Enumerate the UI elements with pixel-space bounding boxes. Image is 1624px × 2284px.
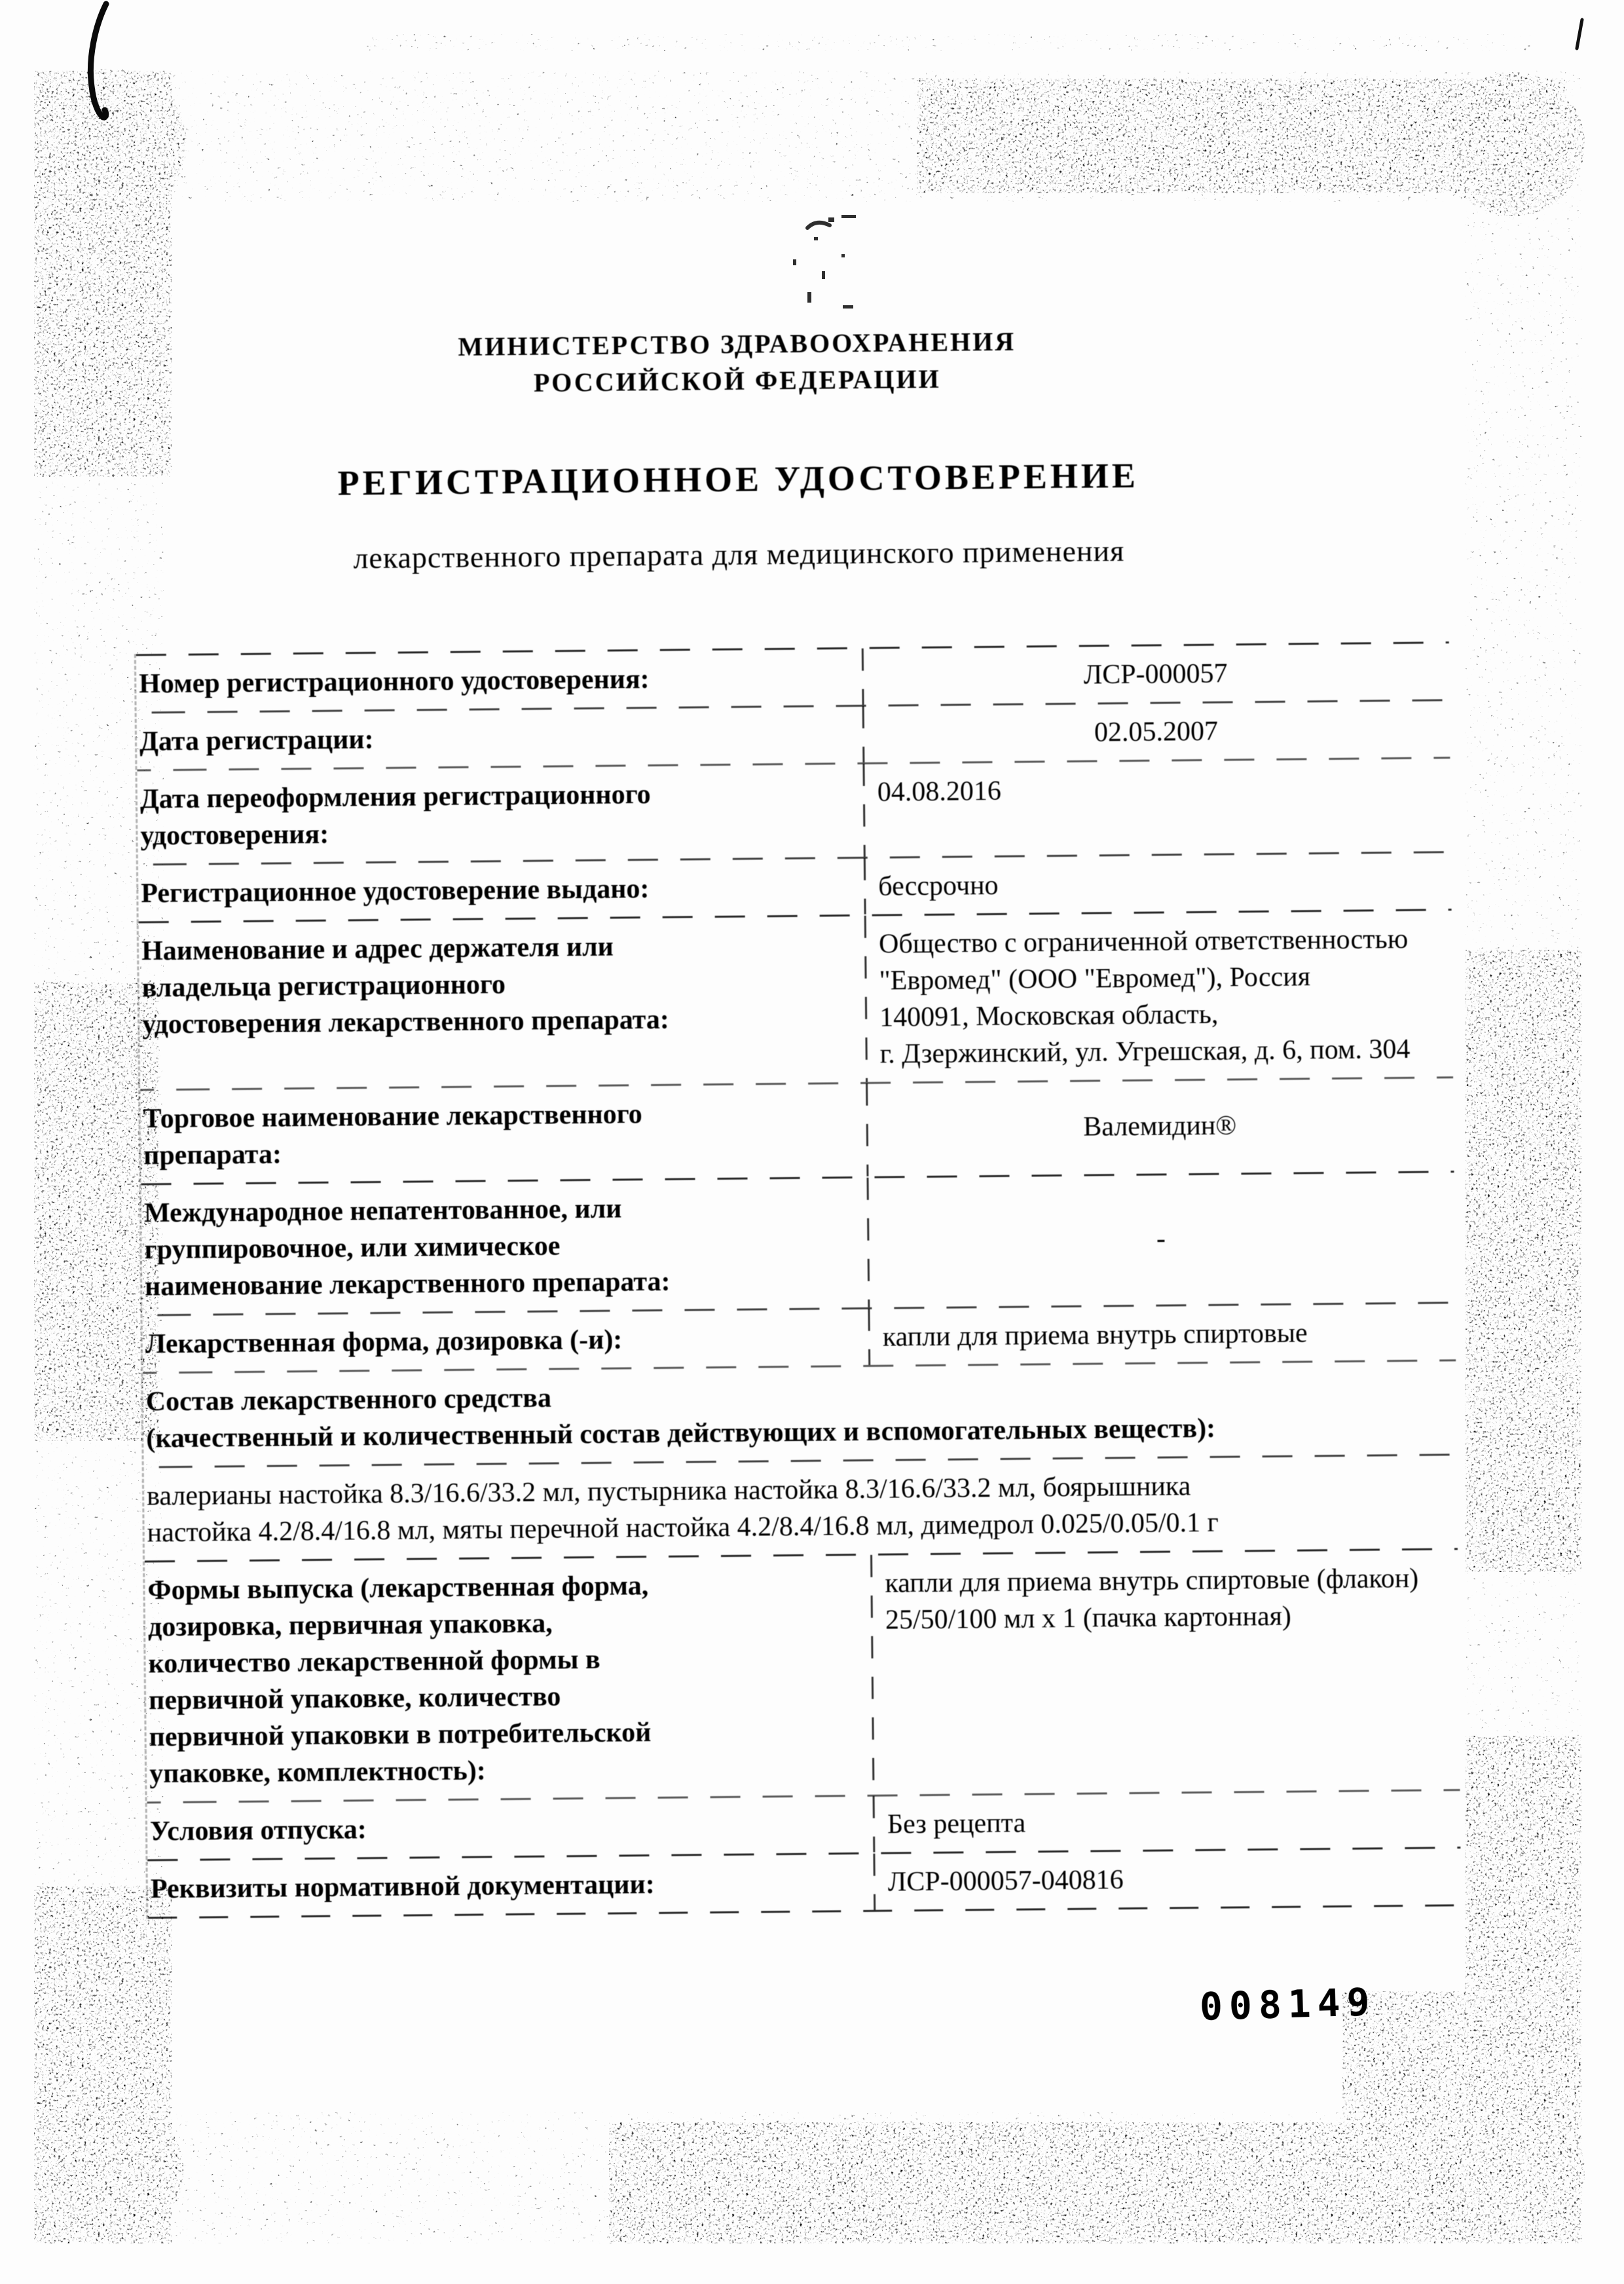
- row-label: Реквизиты нормативной документации:: [147, 1852, 874, 1917]
- row-value: ЛСР-000057: [862, 641, 1450, 705]
- serial-number-stamp: 008149: [1199, 1979, 1376, 2029]
- row-value: -: [867, 1218, 1454, 1260]
- row-label: Наименование и адрес держателя или владе…: [139, 914, 866, 1089]
- document-content: МИНИСТЕРСТВО ЗДРАВООХРАНЕНИЯ РОССИЙСКОЙ …: [131, 319, 1462, 1919]
- row-label: Дата переоформления регистрационного удо…: [137, 762, 863, 864]
- row-label: Лекарственная форма, дозировка (-и):: [142, 1307, 868, 1372]
- table-row: Формы выпуска (лекарственная форма, дози…: [145, 1548, 1460, 1801]
- coat-of-arms-icon: [730, 208, 927, 333]
- row-value: 04.08.2016: [862, 757, 1450, 857]
- table-row: Международное непатентованное, или групп…: [141, 1170, 1456, 1314]
- table-row: Дата переоформления регистрационного удо…: [137, 757, 1450, 863]
- row-label: Условия отпуска:: [147, 1795, 874, 1860]
- row-value: капли для приема внутрь спиртовые: [868, 1301, 1456, 1365]
- table-row: Состав лекарственного средства (качестве…: [143, 1359, 1456, 1466]
- row-value: ЛСР-000057-040816: [873, 1846, 1461, 1910]
- document-header: МИНИСТЕРСТВО ЗДРАВООХРАНЕНИЯ РОССИЙСКОЙ …: [131, 320, 1345, 581]
- row-value: Валемидин®: [866, 1105, 1454, 1148]
- row-value: бессрочно: [864, 851, 1452, 914]
- scanned-document-page: МИНИСТЕРСТВО ЗДРАВООХРАНЕНИЯ РОССИЙСКОЙ …: [0, 0, 1624, 2284]
- pen-mark: [72, 0, 151, 131]
- table-row: Торговое наименование лекарственного пре…: [140, 1076, 1454, 1183]
- row-label: Формы выпуска (лекарственная форма, дози…: [145, 1554, 872, 1802]
- row-label: Торговое наименование лекарственного пре…: [140, 1082, 866, 1184]
- ministry-header: МИНИСТЕРСТВО ЗДРАВООХРАНЕНИЯ РОССИЙСКОЙ …: [131, 320, 1343, 405]
- row-label: Международное непатентованное, или групп…: [141, 1176, 868, 1315]
- table-row: Реквизиты нормативной документации:ЛСР-0…: [147, 1846, 1461, 1917]
- row-label: Дата регистрации:: [137, 705, 863, 770]
- table-row: валерианы настойка 8.3/16.6/33.2 мл, пус…: [144, 1453, 1458, 1560]
- row-value: Без рецепта: [873, 1789, 1461, 1852]
- page-subtitle: лекарственного препарата для медицинског…: [133, 529, 1345, 581]
- row-value: капли для приема внутрь спиртовые (флако…: [870, 1548, 1460, 1795]
- row-value: Общество с ограниченной ответственностью…: [864, 908, 1453, 1082]
- row-value: 02.05.2007: [862, 699, 1450, 762]
- row-label: Номер регистрационного удостоверения:: [136, 647, 862, 712]
- table-row: Наименование и адрес держателя или владе…: [139, 908, 1453, 1089]
- corner-tick-mark: [1565, 14, 1591, 60]
- row-label: Состав лекарственного средства (качестве…: [143, 1359, 1456, 1466]
- registration-table: Номер регистрационного удостоверения:ЛСР…: [134, 641, 1461, 1919]
- page-title: РЕГИСТРАЦИОННОЕ УДОСТОВЕРЕНИЕ: [132, 454, 1344, 505]
- row-label: Регистрационное удостоверение выдано:: [138, 857, 864, 922]
- row-value: валерианы настойка 8.3/16.6/33.2 мл, пус…: [144, 1453, 1458, 1560]
